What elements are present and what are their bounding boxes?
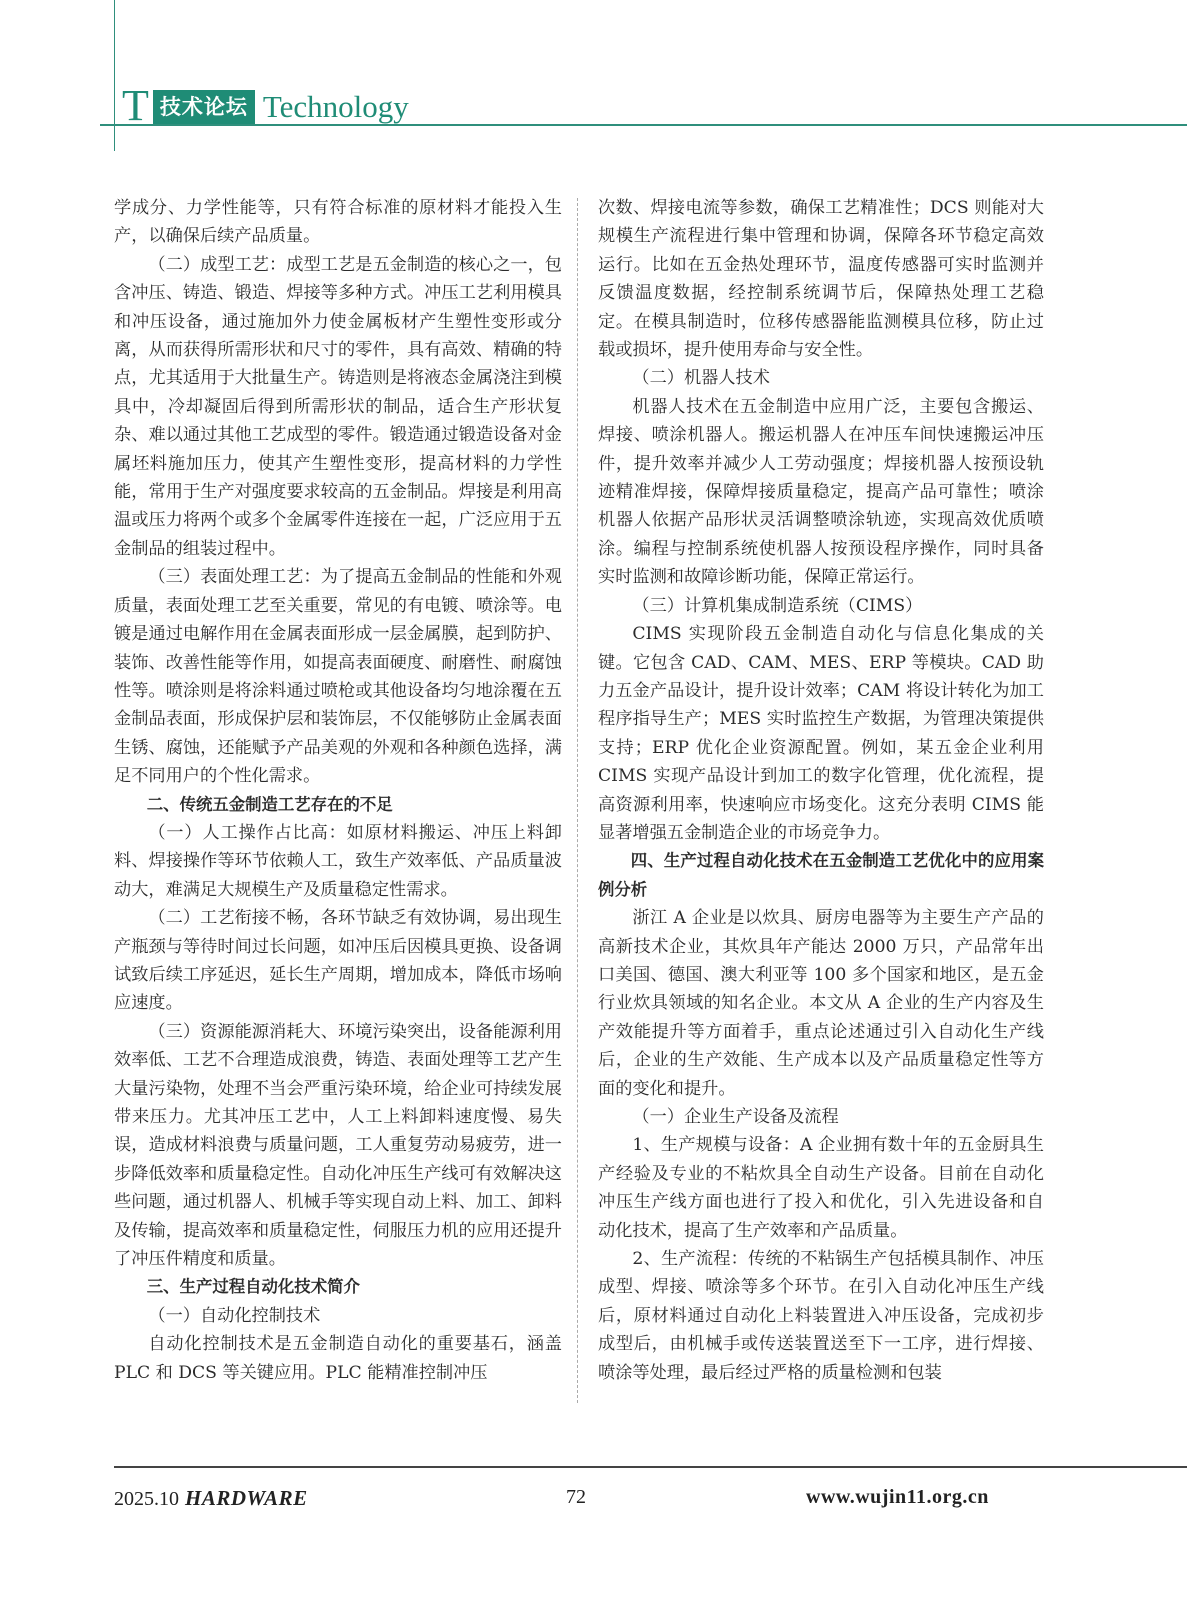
paragraph: （三）资源能源消耗大、环境污染突出，设备能源利用效率低、工艺不合理造成浪费，铸造… <box>114 1018 562 1274</box>
footer-rule <box>114 1466 1187 1468</box>
paragraph: 浙江 A 企业是以炊具、厨房电器等为主要生产产品的高新技术企业，其炊具年产能达 … <box>598 904 1044 1103</box>
paragraph: CIMS 实现阶段五金制造自动化与信息化集成的关键。它包含 CAD、CAM、ME… <box>598 620 1044 847</box>
subsection-heading: （一）自动化控制技术 <box>114 1302 562 1330</box>
running-header: T 技术论坛 Technology <box>122 90 409 124</box>
logo-letter: T <box>122 88 149 124</box>
paragraph: 次数、焊接电流等参数，确保工艺精准性；DCS 则能对大规模生产流程进行集中管理和… <box>598 194 1044 364</box>
footer-issue: 2025.10HARDWARE <box>114 1486 308 1511</box>
paragraph: （一）人工操作占比高：如原材料搬运、冲压上料卸料、焊接操作等环节依赖人工，致生产… <box>114 819 562 904</box>
paragraph: （二）成型工艺：成型工艺是五金制造的核心之一，包含冲压、铸造、锻造、焊接等多种方… <box>114 251 562 563</box>
right-column: 次数、焊接电流等参数，确保工艺精准性；DCS 则能对大规模生产流程进行集中管理和… <box>598 194 1044 1387</box>
paragraph: （三）表面处理工艺：为了提高五金制品的性能和外观质量，表面处理工艺至关重要，常见… <box>114 563 562 790</box>
column-divider <box>577 198 578 1403</box>
paragraph: 机器人技术在五金制造中应用广泛，主要包含搬运、焊接、喷涂机器人。搬运机器人在冲压… <box>598 393 1044 592</box>
section-heading: 三、生产过程自动化技术简介 <box>114 1273 562 1301</box>
section-heading: 四、生产过程自动化技术在五金制造工艺优化中的应用案例分析 <box>598 847 1044 904</box>
subsection-heading: （一）企业生产设备及流程 <box>598 1103 1044 1131</box>
website-link[interactable]: www.wujin11.org.cn <box>806 1486 989 1509</box>
paragraph: 学成分、力学性能等，只有符合标准的原材料才能投入生产，以确保后续产品质量。 <box>114 194 562 251</box>
left-column: 学成分、力学性能等，只有符合标准的原材料才能投入生产，以确保后续产品质量。 （二… <box>114 194 562 1387</box>
column-tag: 技术论坛 <box>153 90 255 124</box>
magazine-name: HARDWARE <box>185 1486 308 1510</box>
paragraph: 2、生产流程：传统的不粘锅生产包括模具制作、冲压成型、焊接、喷涂等多个环节。在引… <box>598 1245 1044 1387</box>
paragraph: （二）工艺衔接不畅，各环节缺乏有效协调，易出现生产瓶颈与等待时间过长问题，如冲压… <box>114 904 562 1018</box>
section-title-en: Technology <box>263 90 409 124</box>
paragraph: 1、生产规模与设备：A 企业拥有数十年的五金厨具生产经验及专业的不粘炊具全自动生… <box>598 1131 1044 1245</box>
paragraph: 自动化控制技术是五金制造自动化的重要基石，涵盖 PLC 和 DCS 等关键应用。… <box>114 1330 562 1387</box>
subsection-heading: （二）机器人技术 <box>598 364 1044 392</box>
header-horizontal-rule <box>100 124 1187 126</box>
subsection-heading: （三）计算机集成制造系统（CIMS） <box>598 592 1044 620</box>
section-heading: 二、传统五金制造工艺存在的不足 <box>114 791 562 819</box>
page-number: 72 <box>566 1486 586 1509</box>
header-vertical-rule <box>114 0 115 151</box>
issue-date: 2025.10 <box>114 1488 179 1510</box>
